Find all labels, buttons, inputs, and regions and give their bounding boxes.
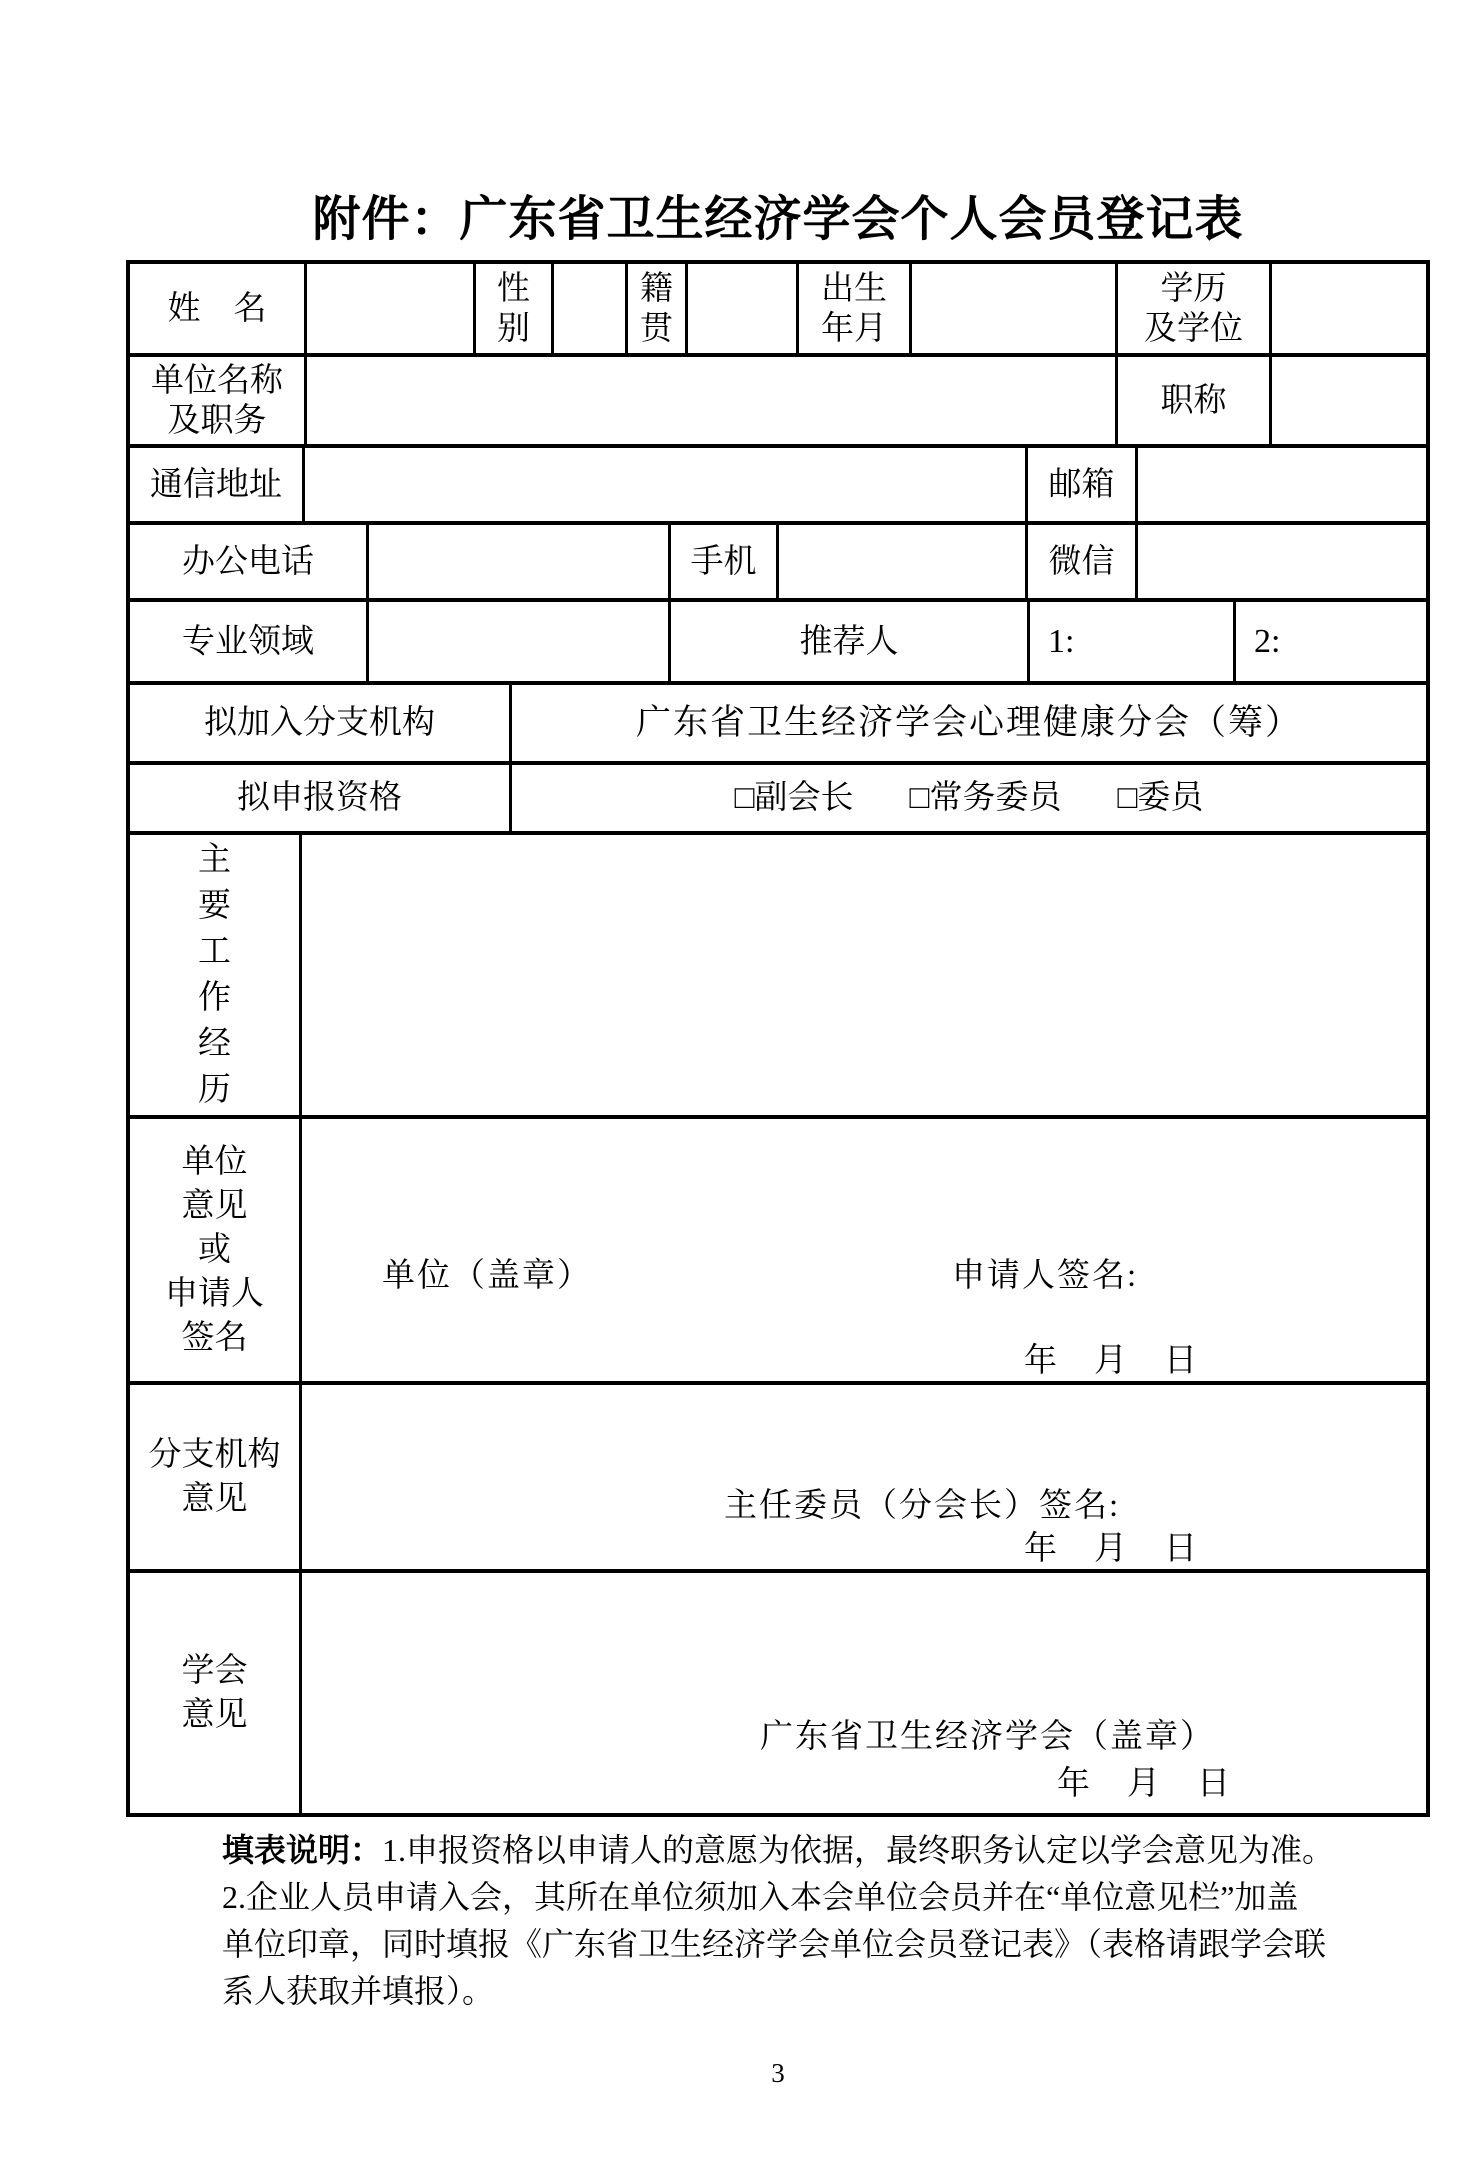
work-history-input[interactable] bbox=[302, 835, 1426, 1115]
branch-date-line: 年 月 日 bbox=[1024, 1528, 1199, 1570]
education-label: 学历 及学位 bbox=[1118, 264, 1272, 353]
branch-opinion-area[interactable]: 主任委员（分会长）签名: 年 月 日 bbox=[302, 1385, 1426, 1569]
field-label: 专业领域 bbox=[130, 602, 369, 681]
note-line-3: 单位印章，同时填报《广东省卫生经济学会单位会员登记表》（表格请跟学会联 bbox=[222, 1921, 1367, 1968]
office-phone-label: 办公电话 bbox=[130, 525, 369, 598]
note-text-1: 1.申报资格以申请人的意愿为依据，最终职务认定以学会意见为准。 bbox=[382, 1832, 1334, 1868]
unit-date-line: 年 月 日 bbox=[1024, 1340, 1199, 1382]
association-opinion-label: 学会 意见 bbox=[130, 1573, 302, 1813]
field-input[interactable] bbox=[369, 602, 671, 681]
row-qualification: 拟申报资格 □副会长 □常务委员 □委员 bbox=[130, 765, 1426, 835]
checkbox-standing-member[interactable]: □常务委员 bbox=[910, 777, 1062, 819]
unit-opinion-area[interactable]: 单位（盖章） 申请人签名: 年 月 日 bbox=[302, 1119, 1426, 1381]
qualification-label: 拟申报资格 bbox=[130, 765, 512, 831]
qualification-options: □副会长 □常务委员 □委员 bbox=[512, 765, 1426, 831]
registration-form-table: 姓 名 性 别 籍 贯 出生 年月 学历 及学位 单位名称 及职务 职称 通信地… bbox=[126, 260, 1430, 1817]
row-branch-opinion: 分支机构 意见 主任委员（分会长）签名: 年 月 日 bbox=[130, 1385, 1426, 1573]
row-branch: 拟加入分支机构 广东省卫生经济学会心理健康分会（筹） bbox=[130, 685, 1426, 765]
name-input[interactable] bbox=[307, 264, 476, 353]
birth-date-input[interactable] bbox=[912, 264, 1118, 353]
gender-input[interactable] bbox=[554, 264, 628, 353]
note-line-2: 2.企业人员申请入会，其所在单位须加入本会单位会员并在“单位意见栏”加盖 bbox=[222, 1874, 1367, 1921]
checkbox-vice-president[interactable]: □副会长 bbox=[735, 777, 854, 819]
document-page: 附件：广东省卫生经济学会个人会员登记表 姓 名 性 别 籍 贯 出生 年月 学历… bbox=[0, 0, 1479, 2183]
recommender-label: 推荐人 bbox=[671, 602, 1030, 681]
page-title: 附件：广东省卫生经济学会个人会员登记表 bbox=[126, 180, 1430, 249]
birth-date-label: 出生 年月 bbox=[799, 264, 912, 353]
education-input[interactable] bbox=[1272, 264, 1426, 353]
recommender-2-cell[interactable]: 2: bbox=[1236, 602, 1426, 681]
employer-input[interactable] bbox=[307, 357, 1118, 444]
mobile-input[interactable] bbox=[779, 525, 1028, 598]
branch-label: 拟加入分支机构 bbox=[130, 685, 512, 761]
unit-opinion-label: 单位 意见 或 申请人 签名 bbox=[130, 1119, 302, 1381]
wechat-input[interactable] bbox=[1138, 525, 1426, 598]
row-address: 通信地址 邮箱 bbox=[130, 448, 1426, 525]
row-unit-opinion: 单位 意见 或 申请人 签名 单位（盖章） 申请人签名: 年 月 日 bbox=[130, 1119, 1426, 1385]
name-label: 姓 名 bbox=[130, 264, 307, 353]
office-phone-input[interactable] bbox=[369, 525, 671, 598]
branch-value: 广东省卫生经济学会心理健康分会（筹） bbox=[512, 685, 1426, 761]
note-line-1: 填表说明：1.申报资格以申请人的意愿为依据，最终职务认定以学会意见为准。 bbox=[222, 1827, 1367, 1874]
checkbox-member[interactable]: □委员 bbox=[1117, 777, 1203, 819]
wechat-label: 微信 bbox=[1028, 525, 1138, 598]
employer-label: 单位名称 及职务 bbox=[130, 357, 307, 444]
row-employer: 单位名称 及职务 职称 bbox=[130, 357, 1426, 448]
association-opinion-area[interactable]: 广东省卫生经济学会（盖章） 年 月 日 bbox=[302, 1573, 1426, 1813]
email-input[interactable] bbox=[1138, 448, 1426, 521]
gender-label: 性 别 bbox=[476, 264, 554, 353]
recommender-1-cell[interactable]: 1: bbox=[1030, 602, 1236, 681]
applicant-signature-label: 申请人签名: bbox=[952, 1255, 1138, 1297]
association-date-line: 年 月 日 bbox=[1057, 1763, 1232, 1805]
row-association-opinion: 学会 意见 广东省卫生经济学会（盖章） 年 月 日 bbox=[130, 1573, 1426, 1813]
native-place-input[interactable] bbox=[688, 264, 799, 353]
row-work-history: 主 要 工 作 经 历 bbox=[130, 835, 1426, 1119]
branch-signature-label: 主任委员（分会长）签名: bbox=[724, 1485, 1120, 1527]
work-history-label: 主 要 工 作 经 历 bbox=[130, 835, 302, 1115]
unit-seal-label: 单位（盖章） bbox=[382, 1255, 592, 1297]
association-seal-label: 广东省卫生经济学会（盖章） bbox=[760, 1716, 1215, 1758]
address-label: 通信地址 bbox=[130, 448, 305, 521]
row-field: 专业领域 推荐人 1: 2: bbox=[130, 602, 1426, 685]
branch-opinion-label: 分支机构 意见 bbox=[130, 1385, 302, 1569]
job-title-label: 职称 bbox=[1118, 357, 1272, 444]
job-title-input[interactable] bbox=[1272, 357, 1426, 444]
notes-heading: 填表说明： bbox=[222, 1832, 382, 1868]
note-line-4: 系人获取并填报）。 bbox=[222, 1968, 1367, 2015]
mobile-label: 手机 bbox=[671, 525, 779, 598]
page-number: 3 bbox=[126, 2058, 1430, 2089]
native-place-label: 籍 贯 bbox=[628, 264, 688, 353]
address-input[interactable] bbox=[305, 448, 1028, 521]
row-phones: 办公电话 手机 微信 bbox=[130, 525, 1426, 602]
filling-instructions: 填表说明：1.申报资格以申请人的意愿为依据，最终职务认定以学会意见为准。 2.企… bbox=[222, 1827, 1367, 2015]
email-label: 邮箱 bbox=[1028, 448, 1138, 521]
row-basic-info: 姓 名 性 别 籍 贯 出生 年月 学历 及学位 bbox=[130, 264, 1426, 357]
